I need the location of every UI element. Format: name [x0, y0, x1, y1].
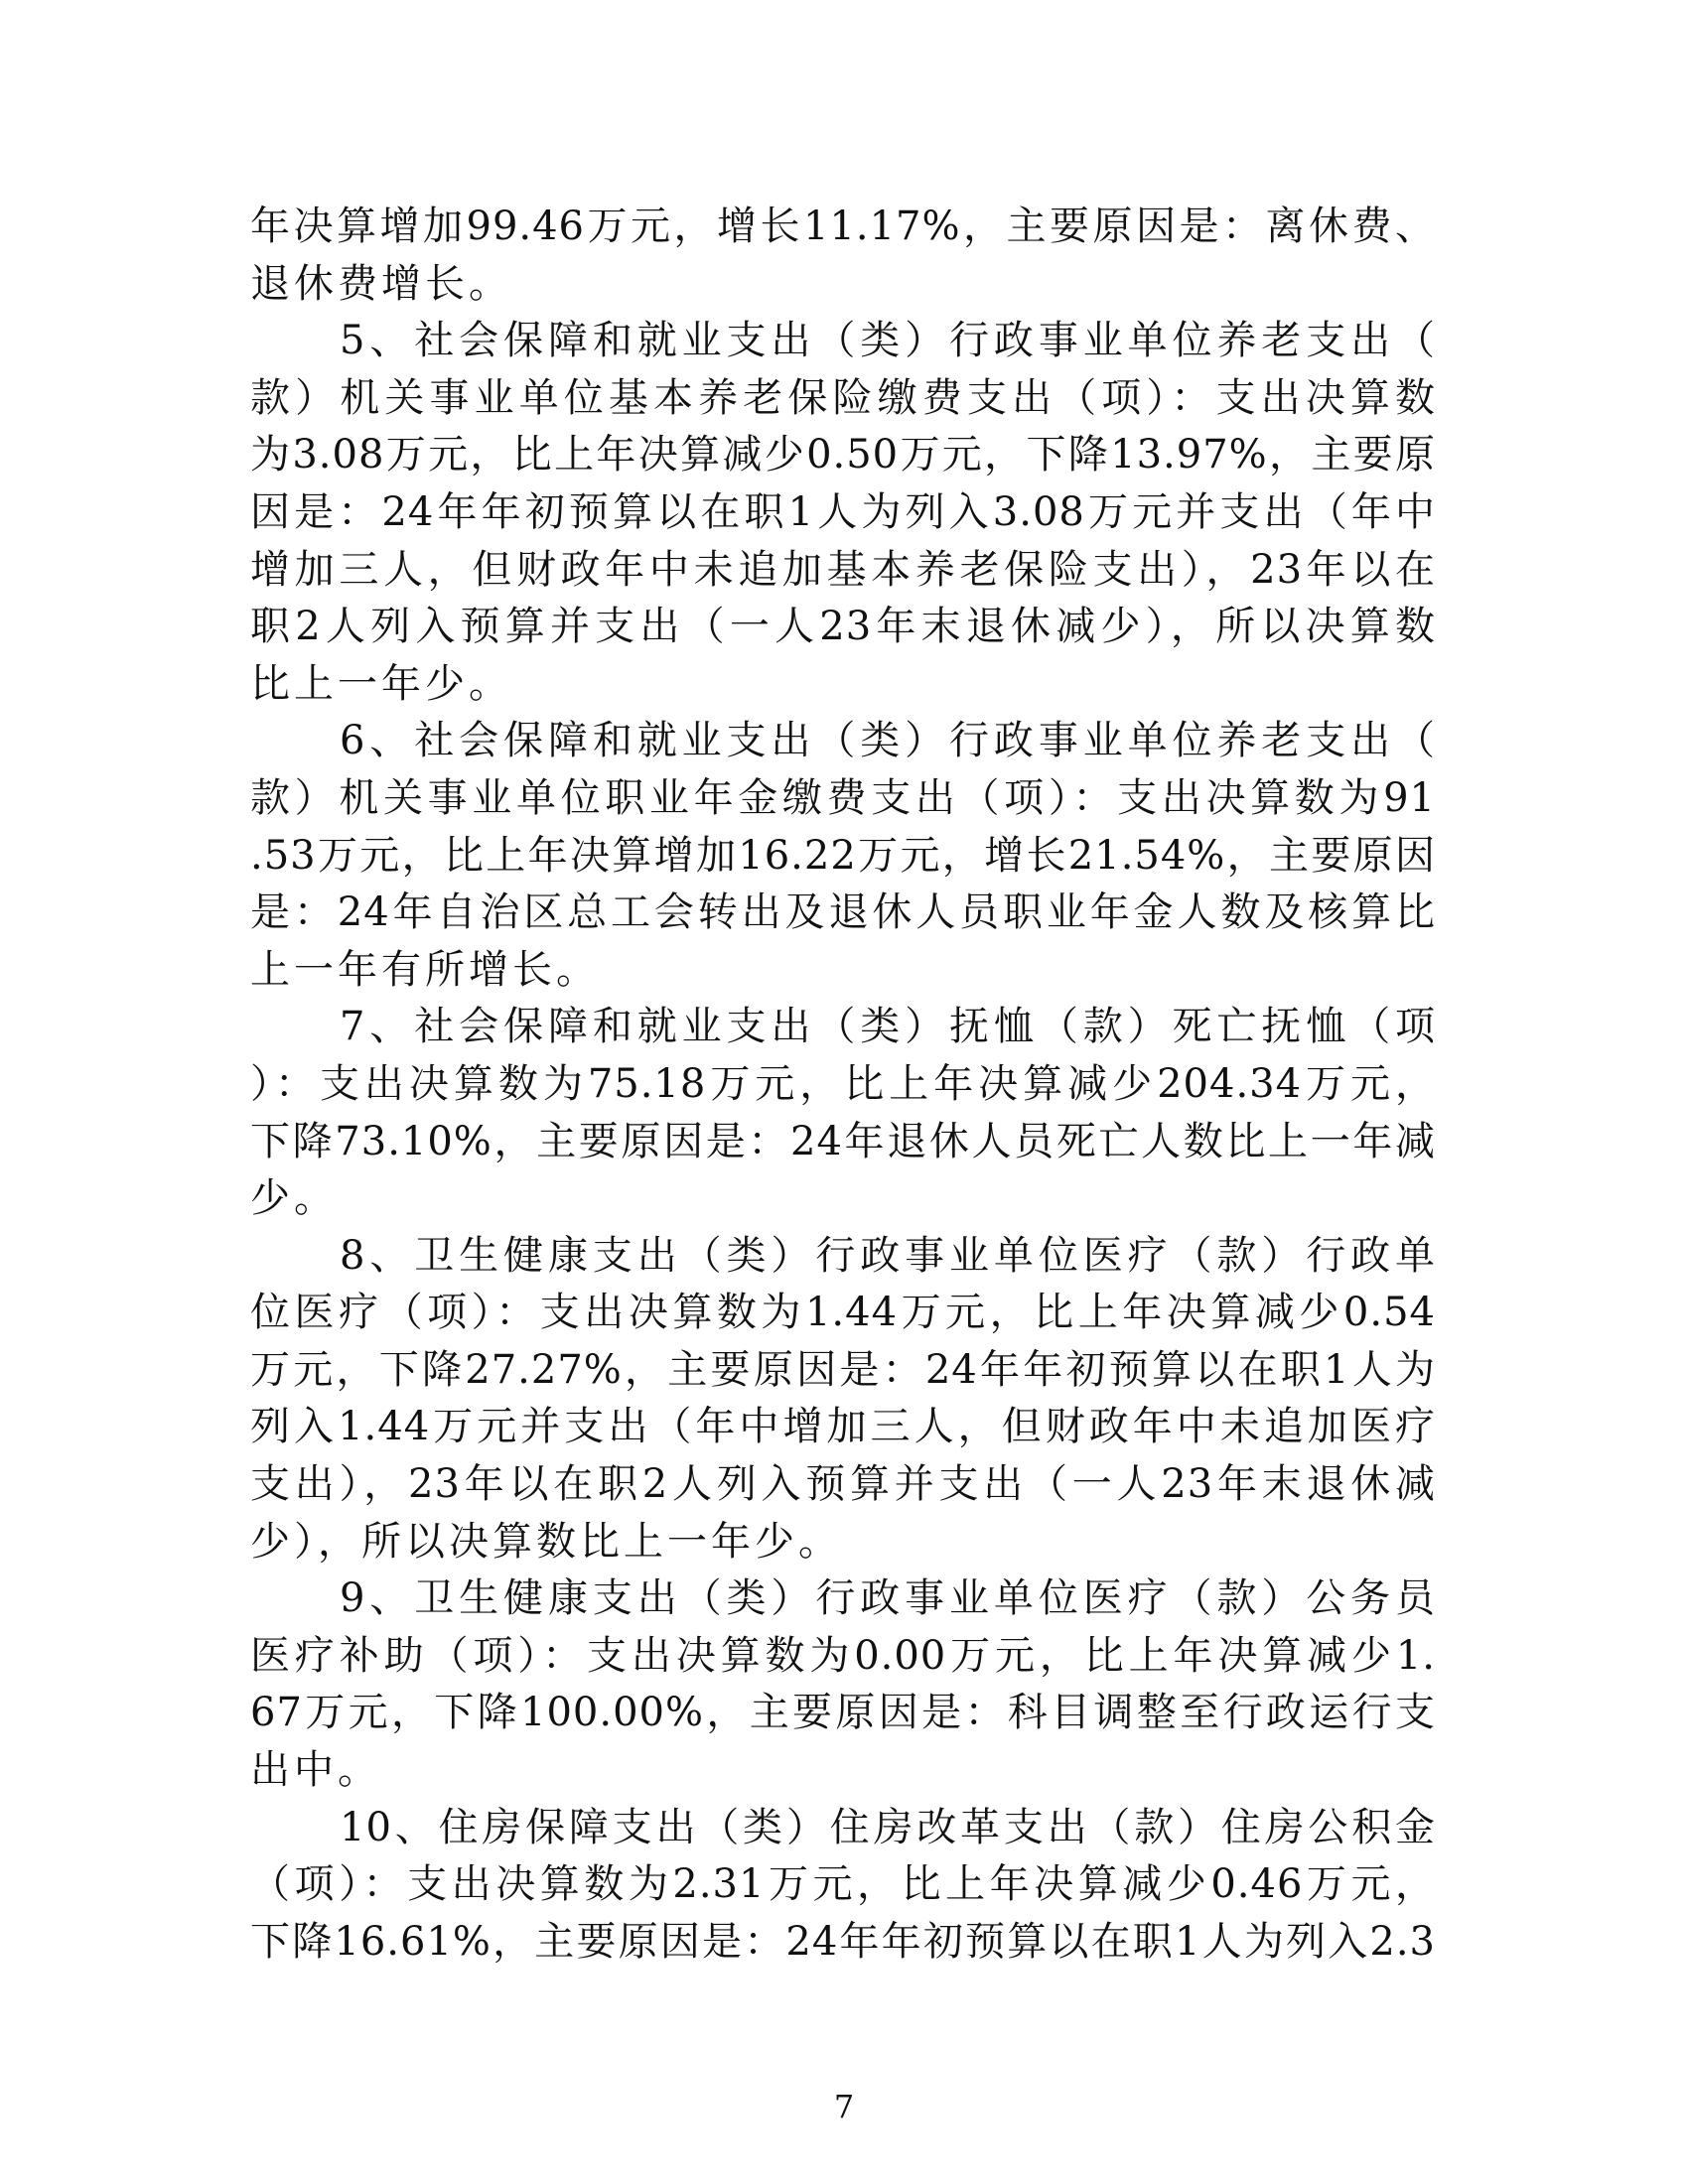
text-line: 职2人列入预算并支出（一人23年末退休减少），所以决算数	[250, 599, 1436, 656]
text-line: .53万元，比上年决算增加16.22万元，增长21.54%，主要原因	[250, 828, 1436, 886]
text-line: 少），所以决算数比上一年少。	[250, 1514, 1436, 1571]
text-line: 下降73.10%，主要原因是：24年退休人员死亡人数比上一年减	[250, 1114, 1436, 1171]
text-line: 下降16.61%，主要原因是：24年年初预算以在职1人为列入2.3	[250, 1914, 1436, 1972]
text-line: 因是：24年年初预算以在职1人为列入3.08万元并支出（年中	[250, 484, 1436, 542]
paragraph-heading-10: 10、住房保障支出（类）住房改革支出（款）住房公积金	[250, 1800, 1436, 1857]
body-text: 年决算增加99.46万元，增长11.17%，主要原因是：离休费、 退休费增长。 …	[250, 199, 1436, 1971]
paragraph-heading-6: 6、社会保障和就业支出（类）行政事业单位养老支出（	[250, 713, 1436, 770]
text-line: 年决算增加99.46万元，增长11.17%，主要原因是：离休费、	[250, 199, 1436, 256]
text-line: 是：24年自治区总工会转出及退休人员职业年金人数及核算比	[250, 885, 1436, 942]
page-number: 7	[0, 2087, 1688, 2126]
document-page: 年决算增加99.46万元，增长11.17%，主要原因是：离休费、 退休费增长。 …	[0, 0, 1688, 2184]
text-line: 少。	[250, 1170, 1436, 1228]
text-line: 增加三人，但财政年中未追加基本养老保险支出），23年以在	[250, 542, 1436, 600]
text-line: 退休费增长。	[250, 256, 1436, 314]
text-line: 比上一年少。	[250, 656, 1436, 714]
paragraph-heading-7: 7、社会保障和就业支出（类）抚恤（款）死亡抚恤（项	[250, 999, 1436, 1056]
paragraph-heading-5: 5、社会保障和就业支出（类）行政事业单位养老支出（	[250, 313, 1436, 370]
text-line: 位医疗（项）：支出决算数为1.44万元，比上年决算减少0.54	[250, 1285, 1436, 1342]
paragraph-heading-8: 8、卫生健康支出（类）行政事业单位医疗（款）行政单	[250, 1228, 1436, 1286]
text-line: ）：支出决算数为75.18万元，比上年决算减少204.34万元，	[250, 1056, 1436, 1114]
text-line: 款）机关事业单位基本养老保险缴费支出（项）：支出决算数	[250, 370, 1436, 428]
text-line: （项）：支出决算数为2.31万元，比上年决算减少0.46万元，	[250, 1856, 1436, 1914]
paragraph-heading-9: 9、卫生健康支出（类）行政事业单位医疗（款）公务员	[250, 1570, 1436, 1628]
text-line: 出中。	[250, 1742, 1436, 1800]
text-line: 67万元，下降100.00%，主要原因是：科目调整至行政运行支	[250, 1685, 1436, 1742]
text-line: 款）机关事业单位职业年金缴费支出（项）：支出决算数为91	[250, 770, 1436, 828]
text-line: 医疗补助（项）：支出决算数为0.00万元，比上年决算减少1.	[250, 1628, 1436, 1686]
text-line: 为3.08万元，比上年决算减少0.50万元，下降13.97%，主要原	[250, 427, 1436, 484]
text-line: 上一年有所增长。	[250, 942, 1436, 1000]
text-line: 列入1.44万元并支出（年中增加三人，但财政年中未追加医疗	[250, 1399, 1436, 1456]
text-line: 万元，下降27.27%，主要原因是：24年年初预算以在职1人为	[250, 1342, 1436, 1400]
text-line: 支出），23年以在职2人列入预算并支出（一人23年末退休减	[250, 1456, 1436, 1514]
